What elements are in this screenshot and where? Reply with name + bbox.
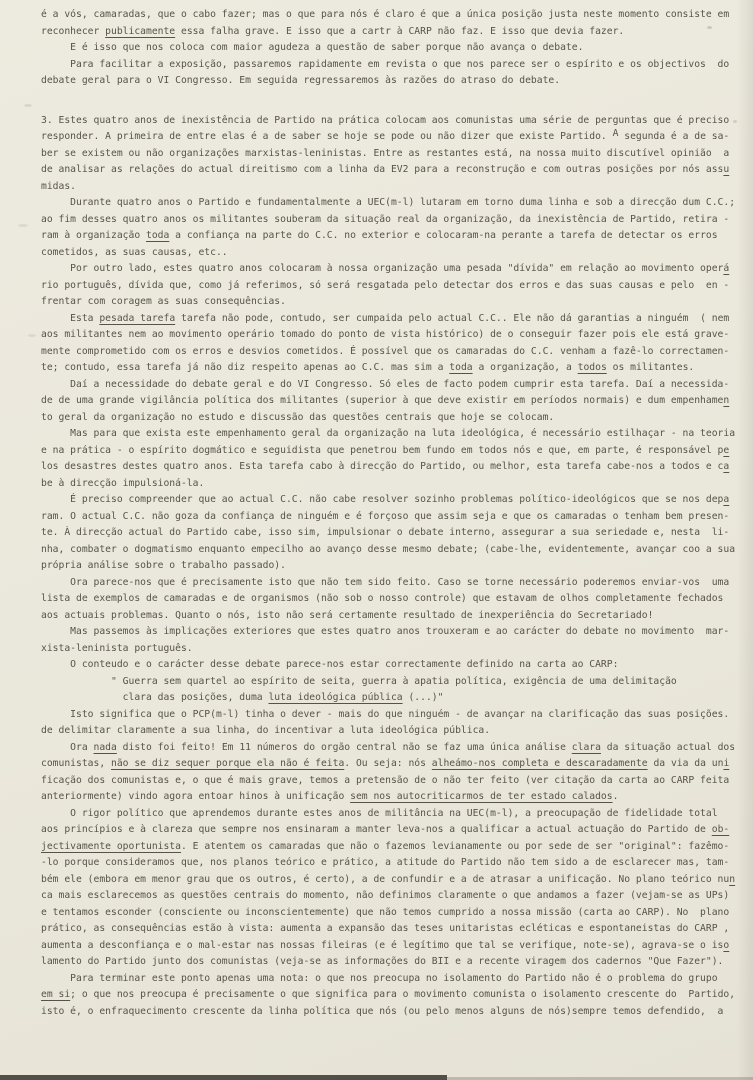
text-line: Mas para que exista este empenhamento ge… [41, 426, 753, 443]
text-line: ram. O actual C.C. não goza da confiança… [41, 509, 753, 526]
text-line: los desastres destes quatro anos. Esta t… [41, 459, 753, 476]
text-line: aos actuais problemas. Quanto o nós, ist… [41, 608, 753, 625]
text-line: Por outro lado, estes quatro anos coloca… [41, 261, 753, 278]
text-line: é a vós, camaradas, que o cabo fazer; ma… [41, 7, 753, 24]
text-line: te; contudo, essa tarefa já não diz resp… [41, 360, 753, 377]
text-line: aos princípios e à clareza que sempre no… [41, 822, 753, 839]
text-line: 3. Estes quatro anos de inexistência de … [41, 113, 753, 130]
text-line: em si; o que nos preocupa é precisamente… [41, 987, 753, 1004]
text-line: clara das posições, duma luta ideológica… [41, 690, 753, 707]
text-line: Para facilitar a exposição, passaremos r… [41, 57, 753, 74]
text-line: e na prática - o espírito dogmático e se… [41, 443, 753, 460]
text-line: E é isso que nos coloca com maior agudez… [41, 40, 753, 57]
text-line: e tentamos esconder (consciente ou incon… [41, 905, 753, 922]
text-line: de analisar as relações do actual direit… [41, 162, 753, 179]
text-line: be à direcção impulsioná-la. [41, 476, 753, 493]
text-line: cometidos, as suas causas, etc.. [41, 245, 753, 262]
text-line: aos militantes nem ao movimento operário… [41, 327, 753, 344]
text-line: debate geral para o VI Congresso. Em seg… [41, 73, 753, 90]
text-line: ficação dos comunistas e, o que é mais g… [41, 773, 753, 790]
text-line [41, 90, 753, 113]
paper-speck [24, 104, 32, 107]
text-line: mente comprometido com os erros e desvio… [41, 344, 753, 361]
text-line: isto é, o enfraquecimento crescente da l… [41, 1004, 753, 1021]
document-text: é a vós, camaradas, que o cabo fazer; ma… [41, 7, 753, 1020]
text-line: É preciso compreender que ao actual C.C.… [41, 492, 753, 509]
text-line: prático, as consequências estão à vista:… [41, 921, 753, 938]
text-line: Mas passemos às implicações exteriores q… [41, 624, 753, 641]
paper-speck [733, 120, 737, 123]
text-line: te. À direcção actual do Partido cabe, i… [41, 525, 753, 542]
text-line: frentar com coragem as suas consequência… [41, 294, 753, 311]
paper-speck [28, 334, 36, 337]
text-line: Durante quatro anos o Partido e fundamen… [41, 195, 753, 212]
text-line: O conteudo e o carácter desse debate par… [41, 657, 753, 674]
text-line: " Guerra sem quartel ao espírito de seit… [41, 674, 753, 691]
text-line: nha, combater o dogmatismo enquanto empe… [41, 542, 753, 559]
text-line: ram à organização toda a confiança na pa… [41, 228, 753, 245]
text-line: reconhecer publicamente essa falha grave… [41, 24, 753, 41]
text-line: lamento do Partido junto dos comunistas … [41, 954, 753, 971]
text-line: comunistas, não se diz sequer porque ela… [41, 756, 753, 773]
text-line: aumenta a desconfiança e o mal-estar nas… [41, 938, 753, 955]
text-line: ca mais esclarecemos as questões centrai… [41, 888, 753, 905]
text-line: de delimitar claramente a sua linha, do … [41, 723, 753, 740]
text-line: anteriormente) vindo agora entoar hinos … [41, 789, 753, 806]
text-line: responder. A primeira de entre elas é a … [41, 129, 753, 146]
text-line: própria análise sobre o trabalho passado… [41, 558, 753, 575]
text-line: ao fim desses quatro anos os militantes … [41, 212, 753, 229]
text-line: Ora nada disto foi feito! Em 11 números … [41, 740, 753, 757]
text-line: Para terminar este ponto apenas uma nota… [41, 971, 753, 988]
text-line: bém ele (embora em menor grau que os out… [41, 872, 753, 889]
text-line: -lo porque consideramos que, nos planos … [41, 855, 753, 872]
text-line: to geral da organização no estudo e disc… [41, 410, 753, 427]
text-line: Ora parece-nos que é precisamente isto q… [41, 575, 753, 592]
text-line: ber se existem ou não organizações marxi… [41, 146, 753, 163]
document-page: é a vós, camaradas, que o cabo fazer; ma… [0, 0, 753, 1080]
page-bottom-edge [0, 1075, 447, 1080]
paper-speck [18, 224, 28, 227]
text-line: xista-leninista português. [41, 641, 753, 658]
text-line: lista de exemplos de camaradas e de orga… [41, 591, 753, 608]
text-line: jectivamente oportunista. E atentem os c… [41, 839, 753, 856]
text-line: Esta pesada tarefa tarefa não pode, cont… [41, 311, 753, 328]
text-line: Daí a necessidade do debate geral e do V… [41, 377, 753, 394]
text-line: midas. [41, 179, 753, 196]
text-line: de de uma grande vigilância política dos… [41, 393, 753, 410]
text-line: Isto significa que o PCP(m-l) tinha o de… [41, 707, 753, 724]
text-line: rio português, dívida que, como já refer… [41, 278, 753, 295]
paper-speck [707, 26, 712, 29]
text-line: O rigor político que aprendemos durante … [41, 806, 753, 823]
